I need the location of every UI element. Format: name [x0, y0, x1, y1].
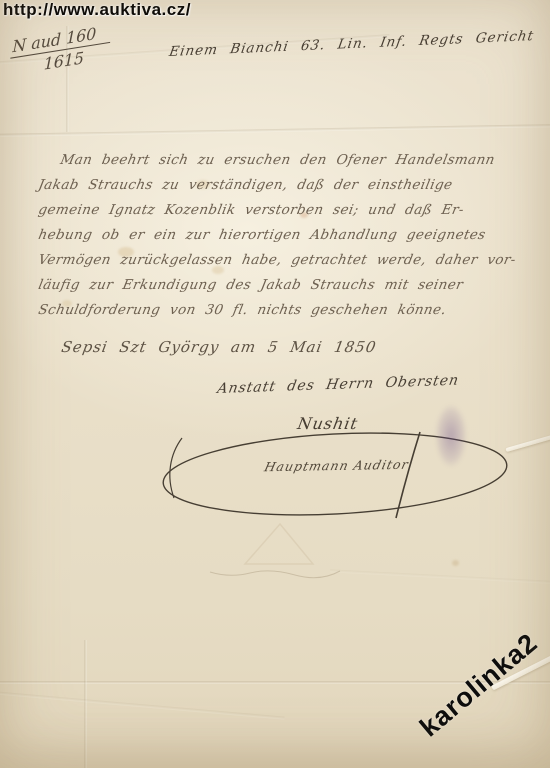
auction-site-url-watermark: http://www.auktiva.cz/ [3, 0, 191, 20]
embossed-seal-impression [205, 520, 355, 590]
fold-crease-top-horizontal [0, 124, 550, 137]
body-line: Jakab Strauchs zu verständigen, daß der … [36, 173, 547, 198]
body-line: läufig zur Erkundigung des Jakab Strauch… [36, 273, 547, 298]
dateline: Sepsi Szt György am 5 Mai 1850 [60, 338, 378, 356]
signature-flourish [152, 424, 518, 524]
letter-body: Man beehrt sich zu ersuchen den Ofener H… [36, 148, 542, 323]
closing-per-line: Anstatt des Herrn Obersten [216, 372, 460, 397]
body-line: gemeine Ignatz Kozenblik verstorben sei;… [36, 198, 547, 223]
body-line: Schuldforderung von 30 fl. nichts gesche… [36, 298, 547, 323]
signature-text: Hauptmann Auditor [263, 457, 411, 475]
scanned-letter-page: http://www.auktiva.cz/ N aud 160 1615 Ei… [0, 0, 550, 768]
foxing-spot [452, 560, 459, 566]
seller-watermark: karolinka2 [414, 627, 544, 743]
file-reference: N aud 160 1615 [10, 22, 110, 79]
addressee-line: Einem Bianchi 63. Lin. Inf. Regts Gerich… [168, 28, 535, 60]
body-line: Vermögen zurückgelassen habe, getrachtet… [36, 248, 547, 273]
fold-crease-diagonal-bottom-left [0, 691, 285, 719]
fold-crease-mid-right [330, 569, 550, 584]
body-line: Man beehrt sich zu ersuchen den Ofener H… [36, 148, 547, 173]
body-line: hebung ob er ein zur hierortigen Abhandl… [36, 223, 547, 248]
fold-crease-bottom-vertical [84, 640, 87, 768]
